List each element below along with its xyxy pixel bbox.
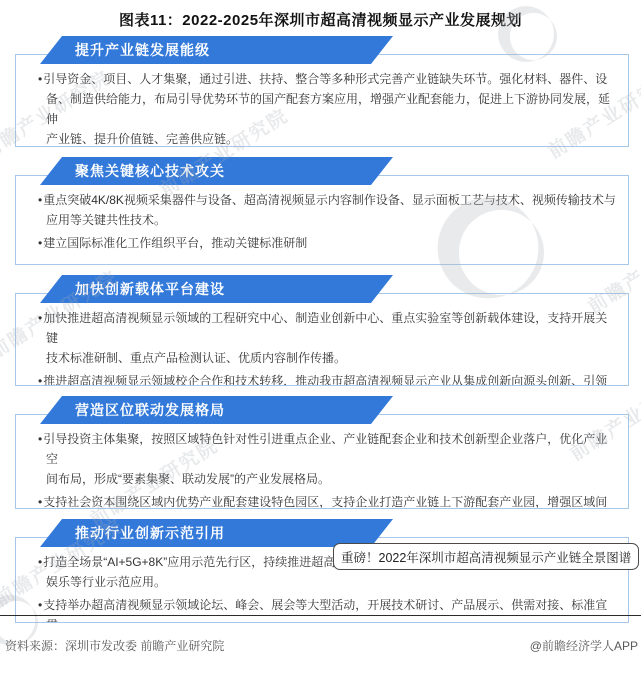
section-1-content-box: 引导资金、项目、人才集聚，通过引进、扶持、整合等多种形式完善产业链缺失环节。强化… <box>15 54 629 147</box>
sections-container: 提升产业链发展能级 引导资金、项目、人才集聚，通过引进、扶持、整合等多种形式完善… <box>0 36 641 623</box>
section-4-header-label: 营造区位联动发展格局 <box>75 400 225 420</box>
footer-divider <box>0 615 641 616</box>
section-industry-demo-application: 推动行业创新示范引用 打造全场景“AI+5G+8K”应用示范先行区，持续推进超高… <box>15 519 629 623</box>
bullet-item: 推进超高清视频显示领域校企合作和技术转移，推动我市超高清视频显示产业从集成创新向… <box>38 371 616 386</box>
promo-tooltip[interactable]: 重磅！2022年深圳市超高清视频显示产业链全景图谱 <box>333 543 639 570</box>
section-key-core-tech: 聚焦关键核心技术攻关 重点突破4K/8K视频采集器件与设备、超高清视频显示内容制… <box>15 157 629 265</box>
bullet-item: 加快推进超高清视频显示领域的工程研究中心、制造业创新中心、重点实验室等创新载体建… <box>38 308 616 368</box>
section-1-header-tab: 提升产业链发展能级 <box>40 36 393 64</box>
bullet-item: 支持举办超高清视频显示领域论坛、峰会、展会等大型活动，开展技术研讨、产品展示、供… <box>38 595 616 623</box>
section-3-header-label: 加快创新载体平台建设 <box>75 279 225 299</box>
section-innovation-platform: 加快创新载体平台建设 加快推进超高清视频显示领域的工程研究中心、制造业创新中心、… <box>15 275 629 386</box>
credit-note: @前瞻经济学人APP <box>530 637 638 654</box>
bullet-item: 引导资金、项目、人才集聚，通过引进、扶持、整合等多种形式完善产业链缺失环节。强化… <box>38 69 616 147</box>
section-2-content-box: 重点突破4K/8K视频采集器件与设备、超高清视频显示内容制作设备、显示面板工艺与… <box>15 175 629 265</box>
section-upgrade-industry-chain: 提升产业链发展能级 引导资金、项目、人才集聚，通过引进、扶持、整合等多种形式完善… <box>15 36 629 147</box>
section-regional-linkage: 营造区位联动发展格局 引导投资主体集聚，按照区域特色针对性引进重点企业、产业链配… <box>15 396 629 509</box>
source-note: 资料来源：深圳市发改委 前瞻产业研究院 <box>5 637 224 654</box>
bullet-item: 建立国际标准化工作组织平台，推动关键标准研制 <box>38 233 616 253</box>
bullet-item: 引导投资主体集聚，按照区域特色针对性引进重点企业、产业链配套企业和技术创新型企业… <box>38 429 616 489</box>
section-3-content-box: 加快推进超高清视频显示领域的工程研究中心、制造业创新中心、重点实验室等创新载体建… <box>15 293 629 386</box>
bullet-item: 重点突破4K/8K视频采集器件与设备、超高清视频显示内容制作设备、显示面板工艺与… <box>38 190 616 230</box>
page-title: 图表11：2022-2025年深圳市超高清视频显示产业发展规划 <box>0 0 641 30</box>
section-5-header-label: 推动行业创新示范引用 <box>75 523 225 543</box>
section-2-header-label: 聚焦关键核心技术攻关 <box>75 161 225 181</box>
section-3-header-tab: 加快创新载体平台建设 <box>40 275 393 303</box>
section-4-header-tab: 营造区位联动发展格局 <box>40 396 393 424</box>
section-2-header-tab: 聚焦关键核心技术攻关 <box>40 157 393 185</box>
bullet-item: 支持社会资本围绕区域内优势产业配套建设特色园区，支持企业打造产业链上下游配套产业… <box>38 492 616 509</box>
section-4-content-box: 引导投资主体集聚，按照区域特色针对性引进重点企业、产业链配套企业和技术创新型企业… <box>15 414 629 509</box>
section-1-header-label: 提升产业链发展能级 <box>75 40 210 60</box>
footer: 资料来源：深圳市发改委 前瞻产业研究院 @前瞻经济学人APP <box>5 637 638 654</box>
